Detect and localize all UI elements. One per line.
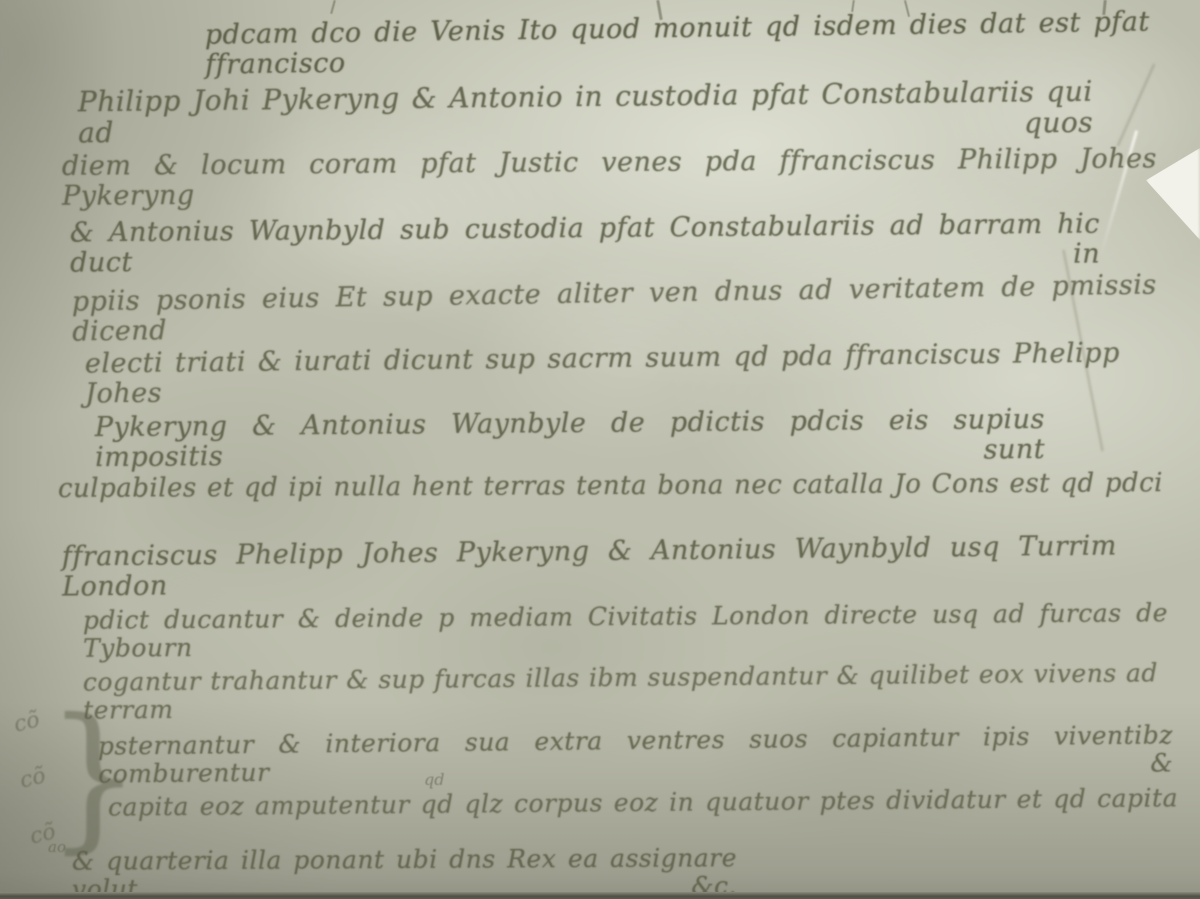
- margin-mark: cõ: [11, 707, 42, 737]
- manuscript-line-7: Pykeryng & Antonius Waynbyle de pdictis …: [95, 405, 1045, 473]
- manuscript-photo: pdcam dco die Venis Ito quod monuit qd i…: [0, 0, 1200, 899]
- manuscript-line-10: pdict ducantur & deinde p mediam Civitat…: [83, 599, 1168, 662]
- manuscript-line-2: Philipp Johi Pykeryng & Antonio in custo…: [78, 77, 1094, 149]
- manuscript-line-5: ppiis psonis eius Et sup exacte aliter v…: [72, 270, 1158, 346]
- manuscript-line-4: & Antonius Waynbyld sub custodia pfat Co…: [70, 210, 1100, 278]
- interlinear-correction: qd: [424, 770, 444, 789]
- top-edge-stroke: [330, 0, 336, 14]
- margin-mark: cõ: [17, 763, 48, 793]
- manuscript-line-3: diem & locum coram pfat Justic venes pda…: [62, 144, 1157, 211]
- photo-bottom-edge: [0, 892, 1200, 899]
- manuscript-line-11: cogantur trahantur & sup furcas illas ib…: [83, 659, 1158, 723]
- manuscript-line-13: capita eoz amputentur qd qlz corpus eoz …: [108, 784, 1178, 821]
- manuscript-line-6: electi triati & iurati dicunt sup sacrm …: [85, 339, 1121, 409]
- manuscript-line-1: pdcam dco die Venis Ito quod monuit qd i…: [205, 7, 1151, 80]
- manuscript-line-14: & quarteria illa ponant ubi dns Rex ea a…: [72, 844, 737, 899]
- margin-note-prefix: ao: [48, 838, 66, 856]
- manuscript-line-9: ffranciscus Phelipp Johes Pykeryng & Ant…: [62, 531, 1118, 601]
- manuscript-line-8: culpabiles et qd ipi nulla hent terras t…: [58, 469, 1163, 503]
- manuscript-line-12: psternantur & interiora sua extra ventre…: [98, 721, 1174, 787]
